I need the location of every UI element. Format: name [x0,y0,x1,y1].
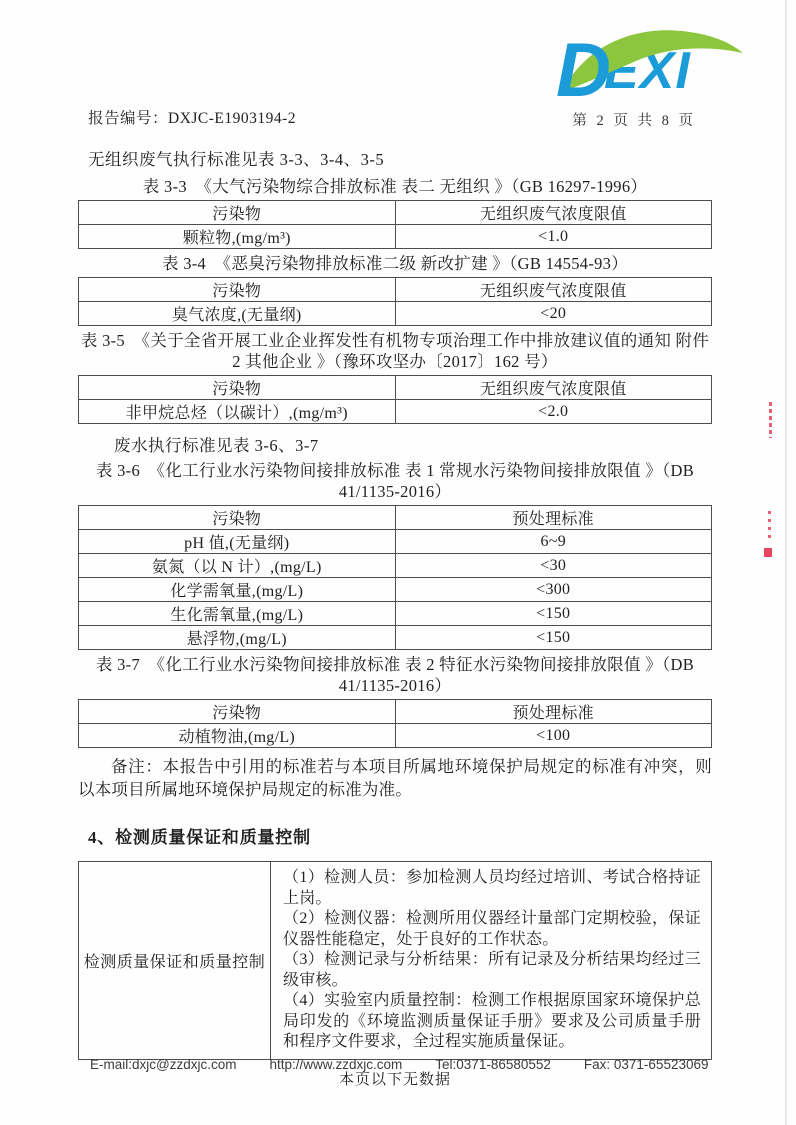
section4-title: 4、检测质量保证和质量控制 [88,823,712,848]
table-row: 悬浮物,(mg/L)<150 [79,626,712,650]
report-number: 报告编号：DXJC-E1903194-2 [88,106,296,128]
table-header-row: 污染物预处理标准 [79,506,712,530]
gas-standards-intro: 无组织废气执行标准见表 3-3、3-4、3-5 [88,146,712,170]
standards-table: 污染物无组织废气浓度限值非甲烷总烃（以碳计）,(mg/m³)<2.0 [78,375,712,424]
limit-value-cell: <20 [395,302,712,326]
table-header-row: 污染物无组织废气浓度限值 [79,201,712,225]
table-caption: 表 3-4 《恶臭污染物排放标准二级 新改扩建 》（GB 14554-93） [78,253,712,274]
table-row: 颗粒物,(mg/m³)<1.0 [79,225,712,249]
page-header: EXI D 报告编号：DXJC-E1903194-2 第 2 页 共 8 页 [0,0,796,140]
table-caption: 表 3-3 《大气污染物综合排放标准 表二 无组织 》（GB 16297-199… [78,176,712,197]
limit-value-cell: <150 [395,602,712,626]
red-pen-mark [769,402,772,438]
qa-item-3: （3）检测记录与分析结果：所有记录及分析结果均经过三级审核。 [283,950,701,991]
table-row: 非甲烷总烃（以碳计）,(mg/m³)<2.0 [79,400,712,424]
standards-table: 污染物无组织废气浓度限值臭气浓度,(无量纲)<20 [78,277,712,326]
table-header-row: 污染物无组织废气浓度限值 [79,278,712,302]
table-row: 生化需氧量,(mg/L)<150 [79,602,712,626]
red-pen-mark [764,548,772,557]
table-row: 氨氮（以 N 计）,(mg/L)<30 [79,554,712,578]
standards-table: 污染物预处理标准动植物油,(mg/L)<100 [78,699,712,748]
qa-item-2: （2）检测仪器：检测所用仪器经计量部门定期校验，保证仪器性能稳定，处于良好的工作… [283,909,701,950]
pollutant-cell: 颗粒物,(mg/m³) [79,225,396,249]
table-row: 化学需氧量,(mg/L)<300 [79,578,712,602]
column-header: 无组织废气浓度限值 [395,376,712,400]
table-caption: 表 3-5 《关于全省开展工业企业挥发性有机物专项治理工作中排放建议值的通知 附… [78,330,712,372]
limit-value-cell: <1.0 [395,225,712,249]
water-standards-intro: 废水执行标准见表 3-6、3-7 [114,432,712,456]
table-row: 动植物油,(mg/L)<100 [79,724,712,748]
limit-value-cell: <2.0 [395,400,712,424]
logo-text-d: D [556,28,611,106]
table-caption: 表 3-7 《化工行业水污染物间接排放标准 表 2 特征水污染物间接排放限值 》… [78,654,712,696]
column-header: 污染物 [79,278,396,302]
column-header: 污染物 [79,376,396,400]
page-footer: E-mail:dxjc@zzdxjc.com http://www.zzdxjc… [90,1057,730,1072]
pollutant-cell: 非甲烷总烃（以碳计）,(mg/m³) [79,400,396,424]
column-header: 预处理标准 [395,700,712,724]
document-body: 无组织废气执行标准见表 3-3、3-4、3-5表 3-3 《大气污染物综合排放标… [78,146,712,1089]
qa-row-content: （1）检测人员：参加检测人员均经过培训、考试合格持证上岗。 （2）检测仪器：检测… [271,862,712,1060]
table-header-row: 污染物预处理标准 [79,700,712,724]
table-row: 臭气浓度,(无量纲)<20 [79,302,712,326]
limit-value-cell: <30 [395,554,712,578]
qa-table: 检测质量保证和质量控制 （1）检测人员：参加检测人员均经过培训、考试合格持证上岗… [78,861,712,1060]
page-number: 第 2 页 共 8 页 [572,109,696,130]
pollutant-cell: 氨氮（以 N 计）,(mg/L) [79,554,396,578]
document-page: EXI D 报告编号：DXJC-E1903194-2 第 2 页 共 8 页 无… [0,0,796,1125]
pollutant-cell: 臭气浓度,(无量纲) [79,302,396,326]
limit-value-cell: <300 [395,578,712,602]
table-caption: 表 3-6 《化工行业水污染物间接排放标准 表 1 常规水污染物间接排放限值 》… [78,460,712,502]
footer-website: http://www.zzdxjc.com [269,1057,402,1072]
column-header: 污染物 [79,201,396,225]
qa-item-4: （4）实验室内质量控制：检测工作根据原国家环境保护总局印发的《环境监测质量保证手… [283,991,701,1053]
column-header: 无组织废气浓度限值 [395,201,712,225]
footer-email: E-mail:dxjc@zzdxjc.com [90,1057,236,1072]
limit-value-cell: 6~9 [395,530,712,554]
pollutant-cell: 动植物油,(mg/L) [79,724,396,748]
scan-edge-line [785,0,787,1125]
pollutant-cell: 悬浮物,(mg/L) [79,626,396,650]
table-row: 检测质量保证和质量控制 （1）检测人员：参加检测人员均经过培训、考试合格持证上岗… [79,862,712,1060]
column-header: 污染物 [79,506,396,530]
table-header-row: 污染物无组织废气浓度限值 [79,376,712,400]
footer-fax: Fax: 0371-65523069 [584,1057,709,1072]
standards-tables: 无组织废气执行标准见表 3-3、3-4、3-5表 3-3 《大气污染物综合排放标… [78,146,712,748]
column-header: 污染物 [79,700,396,724]
qa-item-1: （1）检测人员：参加检测人员均经过培训、考试合格持证上岗。 [283,868,701,909]
limit-value-cell: <150 [395,626,712,650]
footer-tel: Tel:0371-86580552 [435,1057,551,1072]
standards-table: 污染物预处理标准pH 值,(无量纲)6~9氨氮（以 N 计）,(mg/L)<30… [78,505,712,650]
pollutant-cell: 化学需氧量,(mg/L) [79,578,396,602]
pollutant-cell: 生化需氧量,(mg/L) [79,602,396,626]
pollutant-cell: pH 值,(无量纲) [79,530,396,554]
dexi-logo: EXI D [556,22,748,106]
table-row: pH 值,(无量纲)6~9 [79,530,712,554]
standards-table: 污染物无组织废气浓度限值颗粒物,(mg/m³)<1.0 [78,200,712,249]
column-header: 无组织废气浓度限值 [395,278,712,302]
limit-value-cell: <100 [395,724,712,748]
column-header: 预处理标准 [395,506,712,530]
remark-note: 备注：本报告中引用的标准若与本项目所属地环境保护局规定的标准有冲突，则以本项目所… [78,755,712,801]
qa-row-label: 检测质量保证和质量控制 [79,862,271,1060]
red-pen-mark [768,511,771,543]
